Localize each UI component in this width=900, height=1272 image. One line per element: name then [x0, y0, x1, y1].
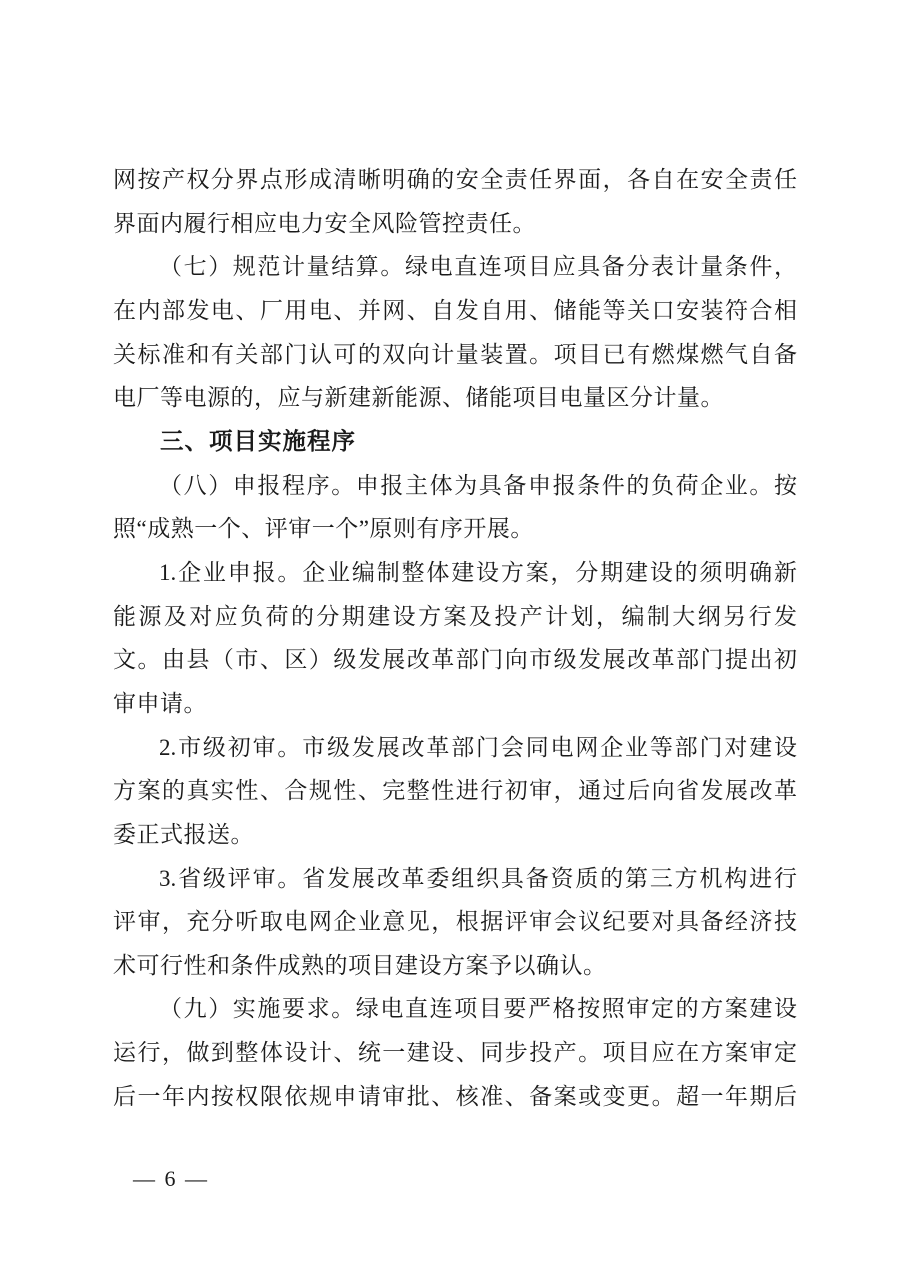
text-line: 方案的真实性、合规性、完整性进行初审，通过后向省发展改革 — [113, 769, 797, 813]
text-line: 2.市级初审。市级发展改革部门会同电网企业等部门对建设 — [113, 726, 797, 770]
text-line: 三、项目实施程序 — [113, 420, 797, 464]
text-line: 电厂等电源的，应与新建新能源、储能项目电量区分计量。 — [113, 376, 797, 420]
text-line: 文。由县（市、区）级发展改革部门向市级发展改革部门提出初 — [113, 638, 797, 682]
text-line: 网按产权分界点形成清晰明确的安全责任界面，各自在安全责任 — [113, 158, 797, 202]
text-line: 在内部发电、厂用电、并网、自发自用、储能等关口安装符合相 — [113, 289, 797, 333]
text-line: （七）规范计量结算。绿电直连项目应具备分表计量条件， — [113, 245, 797, 289]
text-line: （九）实施要求。绿电直连项目要严格按照审定的方案建设 — [113, 987, 797, 1031]
text-line: 照“成熟一个、评审一个”原则有序开展。 — [113, 507, 797, 551]
text-line: （八）申报程序。申报主体为具备申报条件的负荷企业。按 — [113, 464, 797, 508]
text-line: 界面内履行相应电力安全风险管控责任。 — [113, 202, 797, 246]
text-line: 术可行性和条件成熟的项目建设方案予以确认。 — [113, 944, 797, 988]
document-page: 网按产权分界点形成清晰明确的安全责任界面，各自在安全责任界面内履行相应电力安全风… — [0, 0, 900, 1272]
text-line: 后一年内按权限依规申请审批、核准、备案或变更。超一年期后 — [113, 1075, 797, 1119]
text-line: 1.企业申报。企业编制整体建设方案，分期建设的须明确新 — [113, 551, 797, 595]
text-line: 委正式报送。 — [113, 813, 797, 857]
text-line: 审申请。 — [113, 682, 797, 726]
text-line: 运行，做到整体设计、统一建设、同步投产。项目应在方案审定 — [113, 1031, 797, 1075]
page-number: — 6 — — [133, 1163, 209, 1195]
document-body: 网按产权分界点形成清晰明确的安全责任界面，各自在安全责任界面内履行相应电力安全风… — [113, 158, 797, 1118]
text-line: 评审，充分听取电网企业意见，根据评审会议纪要对具备经济技 — [113, 900, 797, 944]
text-line: 关标准和有关部门认可的双向计量装置。项目已有燃煤燃气自备 — [113, 333, 797, 377]
text-line: 3.省级评审。省发展改革委组织具备资质的第三方机构进行 — [113, 857, 797, 901]
text-line: 能源及对应负荷的分期建设方案及投产计划，编制大纲另行发 — [113, 595, 797, 639]
